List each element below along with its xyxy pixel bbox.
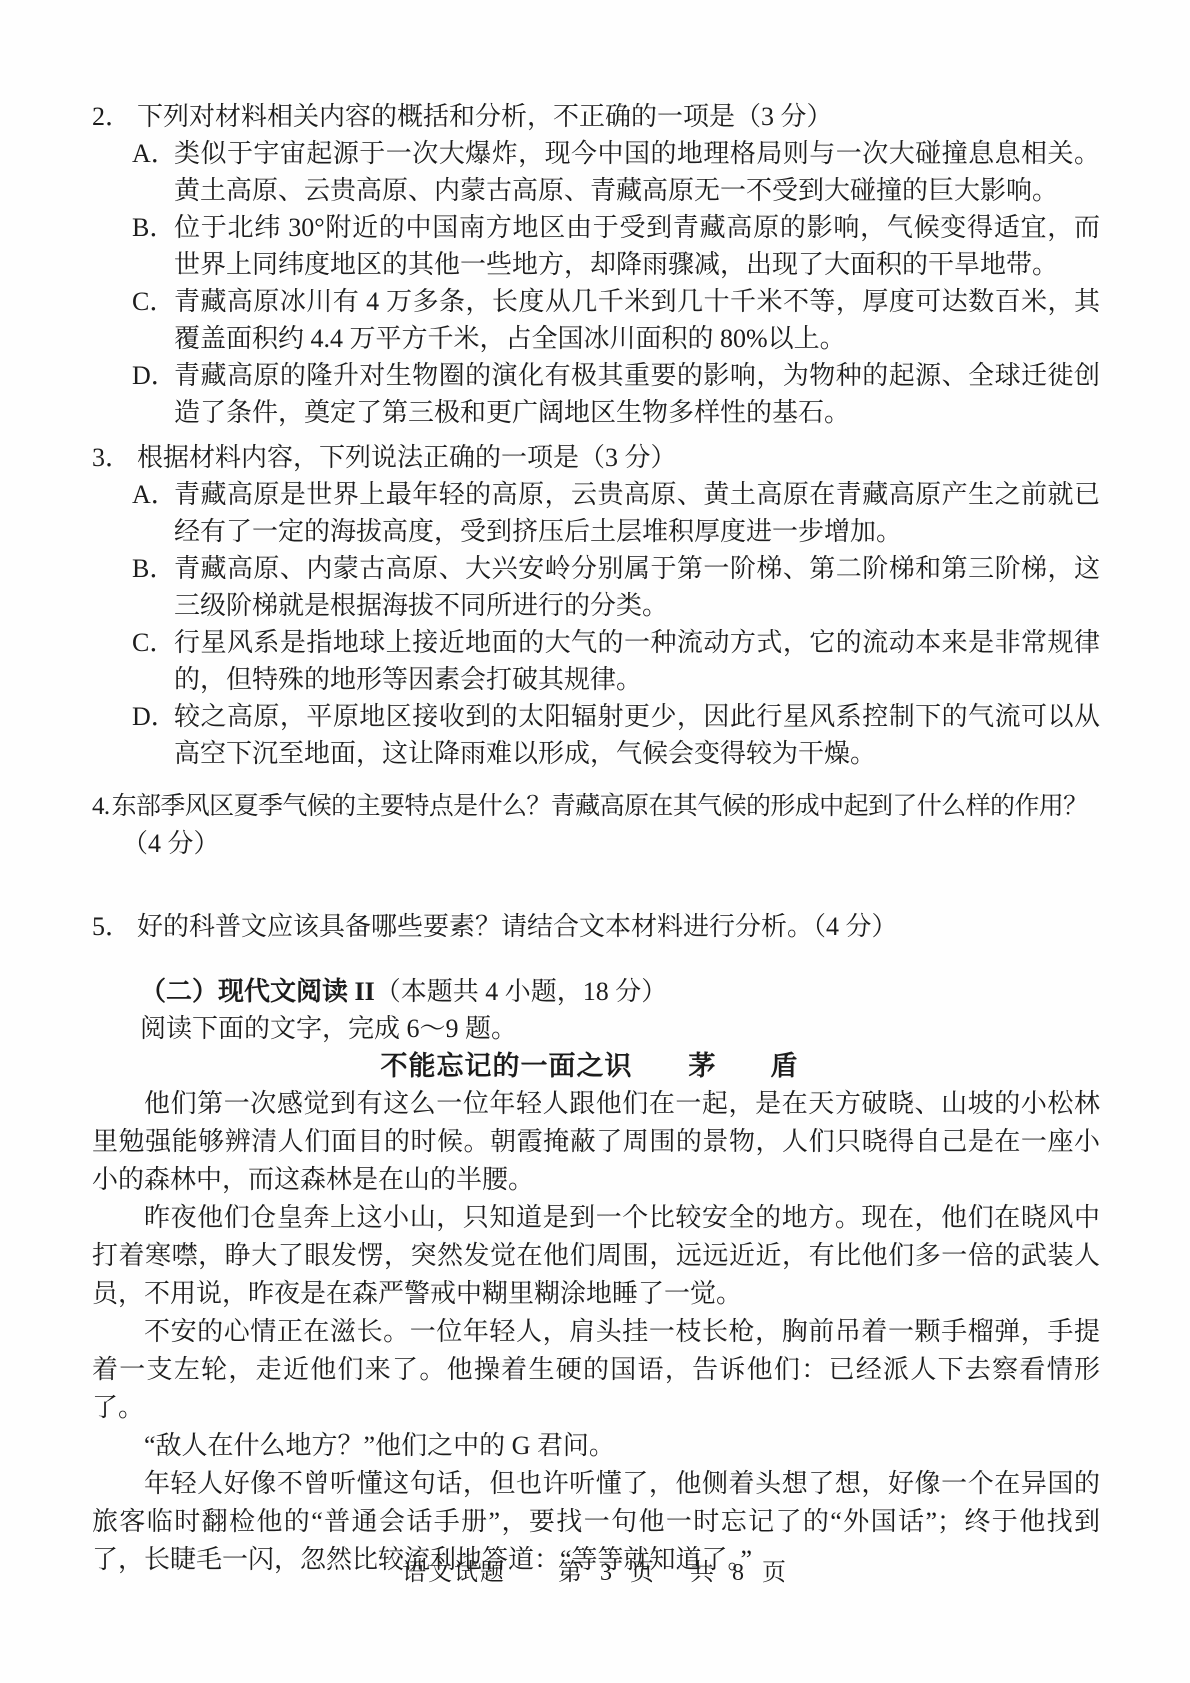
passage-paragraph-1: 他们第一次感觉到有这么一位年轻人跟他们在一起，是在天方破晓、山坡的小松林里勉强能…: [92, 1085, 1100, 1199]
exam-content: 2． 下列对材料相关内容的概括和分析，不正确的一项是（3 分） A． 类似于宇宙…: [92, 98, 1100, 1579]
section-2-heading-note: （本题共 4 小题，18 分）: [375, 977, 668, 1006]
page-footer-text: 语文试题 第 3 页 共 8 页: [402, 1560, 788, 1586]
option-d-text: 青藏高原的隆升对生物圈的演化有极其重要的影响，为物种的起源、全球迁徙创造了条件，…: [174, 361, 1100, 427]
passage-author: 茅 盾: [689, 1051, 812, 1081]
option-c-text: 青藏高原冰川有 4 万多条，长度从几千米到几十千米不等，厚度可达数百米，其覆盖面…: [174, 287, 1100, 353]
section-2-heading: （二）现代文阅读 II（本题共 4 小题，18 分）: [92, 973, 1100, 1010]
question-5: 5． 好的科普文应该具备哪些要素？请结合文本材料进行分析。（4 分）: [92, 908, 1100, 945]
question-2-number: 2．: [92, 98, 131, 135]
passage-paragraph-4: “敌人在什么地方？”他们之中的 G 君问。: [92, 1427, 1100, 1465]
option-a-text: 青藏高原是世界上最年轻的高原，云贵高原、黄土高原在青藏高原产生之前就已经有了一定…: [174, 480, 1100, 546]
question-3-option-b: B． 青藏高原、内蒙古高原、大兴安岭分别属于第一阶梯、第二阶梯和第三阶梯，这三级…: [92, 550, 1100, 624]
option-a-letter: A．: [132, 135, 177, 172]
question-3-stem: 3． 根据材料内容，下列说法正确的一项是（3 分）: [92, 439, 1100, 476]
option-c-letter: C．: [132, 283, 175, 320]
section-2-heading-title: （二）现代文阅读 II: [140, 977, 375, 1006]
option-d-text: 较之高原，平原地区接收到的太阳辐射更少，因此行星风系控制下的气流可以从高空下沉至…: [174, 702, 1100, 768]
question-4-score: （4 分）: [92, 825, 1100, 862]
passage-title: 不能忘记的一面之识: [381, 1051, 633, 1081]
option-d-letter: D．: [132, 357, 177, 394]
passage-paragraph-3: 不安的心情正在滋长。一位年轻人，肩头挂一枝长枪，胸前吊着一颗手榴弹，手提着一支左…: [92, 1313, 1100, 1427]
option-a-letter: A．: [132, 476, 177, 513]
option-b-letter: B．: [132, 550, 175, 587]
passage-body: 他们第一次感觉到有这么一位年轻人跟他们在一起，是在天方破晓、山坡的小松林里勉强能…: [92, 1085, 1100, 1579]
exam-page: 2． 下列对材料相关内容的概括和分析，不正确的一项是（3 分） A． 类似于宇宙…: [0, 0, 1190, 1683]
question-2-stem-text: 下列对材料相关内容的概括和分析，不正确的一项是（3 分）: [137, 102, 833, 131]
option-b-letter: B．: [132, 209, 175, 246]
question-2-stem: 2． 下列对材料相关内容的概括和分析，不正确的一项是（3 分）: [92, 98, 1100, 135]
option-a-text: 类似于宇宙起源于一次大爆炸，现今中国的地理格局则与一次大碰撞息息相关。黄土高原、…: [174, 139, 1100, 205]
option-b-text: 位于北纬 30°附近的中国南方地区由于受到青藏高原的影响，气候变得适宜，而世界上…: [174, 213, 1100, 279]
question-3-option-c: C． 行星风系是指地球上接近地面的大气的一种流动方式，它的流动本来是非常规律的，…: [92, 624, 1100, 698]
question-4-text-line: 4.东部季风区夏季气候的主要特点是什么？青藏高原在其气候的形成中起到了什么样的作…: [92, 788, 1100, 825]
question-4-number: 4.: [92, 793, 112, 820]
question-3-number: 3．: [92, 439, 131, 476]
question-4-text: 东部季风区夏季气候的主要特点是什么？青藏高原在其气候的形成中起到了什么样的作用？: [112, 793, 1088, 820]
question-2: 2． 下列对材料相关内容的概括和分析，不正确的一项是（3 分） A． 类似于宇宙…: [92, 98, 1100, 431]
question-5-number: 5．: [92, 908, 131, 945]
question-2-option-d: D． 青藏高原的隆升对生物圈的演化有极其重要的影响，为物种的起源、全球迁徙创造了…: [92, 357, 1100, 431]
passage-title-row: 不能忘记的一面之识茅 盾: [92, 1047, 1100, 1085]
question-3-stem-text: 根据材料内容，下列说法正确的一项是（3 分）: [137, 443, 677, 472]
page-footer: 语文试题 第 3 页 共 8 页: [0, 1552, 1190, 1587]
question-2-option-c: C． 青藏高原冰川有 4 万多条，长度从几千米到几十千米不等，厚度可达数百米，其…: [92, 283, 1100, 357]
question-2-option-b: B． 位于北纬 30°附近的中国南方地区由于受到青藏高原的影响，气候变得适宜，而…: [92, 209, 1100, 283]
option-d-letter: D．: [132, 698, 177, 735]
option-c-text: 行星风系是指地球上接近地面的大气的一种流动方式，它的流动本来是非常规律的，但特殊…: [174, 628, 1100, 694]
question-3-option-a: A． 青藏高原是世界上最年轻的高原，云贵高原、黄土高原在青藏高原产生之前就已经有…: [92, 476, 1100, 550]
passage-paragraph-2: 昨夜他们仓皇奔上这小山，只知道是到一个比较安全的地方。现在，他们在晓风中打着寒噤…: [92, 1199, 1100, 1313]
question-5-text: 好的科普文应该具备哪些要素？请结合文本材料进行分析。（4 分）: [137, 912, 898, 941]
question-3: 3． 根据材料内容，下列说法正确的一项是（3 分） A． 青藏高原是世界上最年轻…: [92, 439, 1100, 772]
question-4: 4.东部季风区夏季气候的主要特点是什么？青藏高原在其气候的形成中起到了什么样的作…: [92, 788, 1100, 862]
option-b-text: 青藏高原、内蒙古高原、大兴安岭分别属于第一阶梯、第二阶梯和第三阶梯，这三级阶梯就…: [174, 554, 1100, 620]
reading-instruction: 阅读下面的文字，完成 6～9 题。: [92, 1010, 1100, 1047]
option-c-letter: C．: [132, 624, 175, 661]
question-2-option-a: A． 类似于宇宙起源于一次大爆炸，现今中国的地理格局则与一次大碰撞息息相关。黄土…: [92, 135, 1100, 209]
question-3-option-d: D． 较之高原，平原地区接收到的太阳辐射更少，因此行星风系控制下的气流可以从高空…: [92, 698, 1100, 772]
